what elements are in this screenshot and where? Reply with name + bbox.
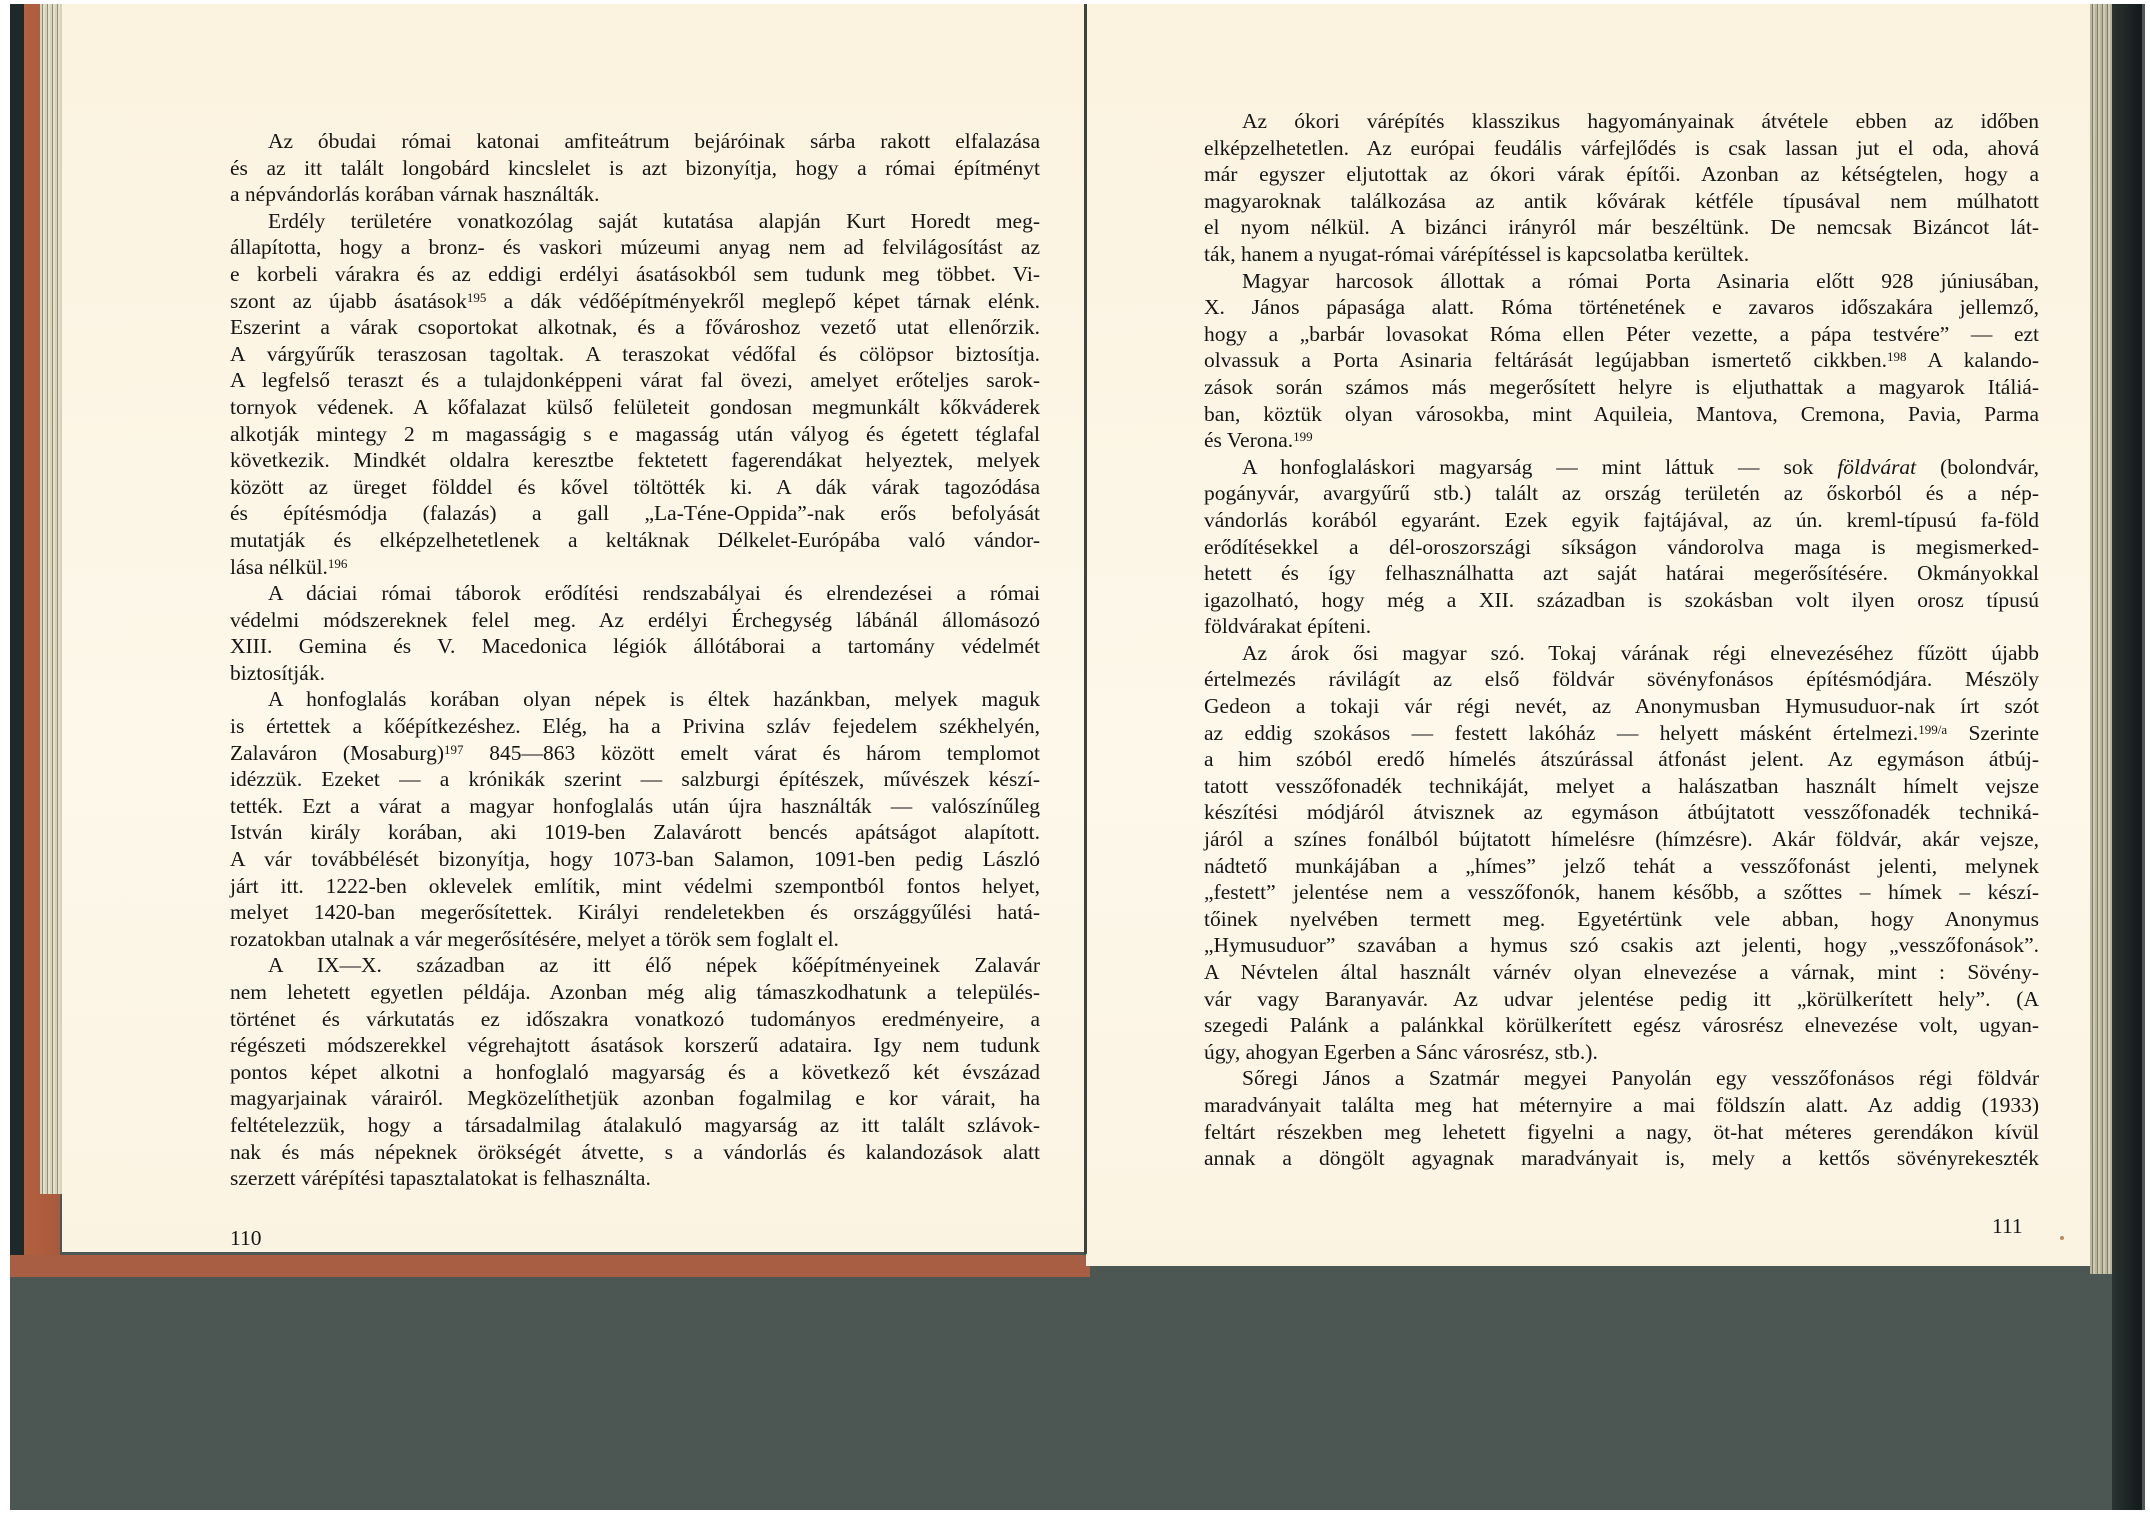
page-edges-right (2090, 4, 2112, 1274)
text-line: mutatják és elképzelhetetlenek a keltákn… (230, 527, 1040, 554)
book-cover-right (2112, 4, 2142, 1510)
text-line: rozatokban utalnak a vár megerősítésére,… (230, 926, 1040, 953)
text-line: A honfoglalás korában olyan népek is élt… (230, 686, 1040, 713)
text-line: melyet 1420-ban megerősítettek. Királyi … (230, 899, 1040, 926)
text-line: e korbeli várakra és az eddigi erdélyi á… (230, 261, 1040, 288)
text-line: elképzelhetetlen. Az európai feudális vá… (1204, 135, 2039, 162)
text-line: is értettek a kőépítkezéshez. Elég, ha a… (230, 713, 1040, 740)
text-line: „festett” jelentése nem a vesszőfonók, h… (1204, 879, 2039, 906)
right-page: Az ókori várépítés klasszikus hagyománya… (1086, 4, 2090, 1266)
text-line: erődítésekkel a dél-oroszországi síkságo… (1204, 534, 2039, 561)
text-line: magyarjainak várairól. Megközelíthetjük … (230, 1085, 1040, 1112)
text-line: a népvándorlás korában várnak használták… (230, 181, 1040, 208)
text-line: az eddig szokásos — festett lakóház — he… (1204, 720, 2039, 747)
text-line: vándorlás korából egyaránt. Ezek egyik f… (1204, 507, 2039, 534)
text-line: a him szóból eredő hímelés átszúrással á… (1204, 746, 2039, 773)
text-line: szegedi Palánk a palánkkal körülkerített… (1204, 1012, 2039, 1039)
text-line: nem lehetett egyetlen példája. Azonban m… (230, 979, 1040, 1006)
text-line: A Névtelen által használt várnév olyan e… (1204, 959, 2039, 986)
footnote-reference: 199/a (1918, 722, 1947, 737)
text-line: Eszerint a várak csoportokat alkotnak, é… (230, 314, 1040, 341)
text-line: A vár továbbélését bizonyítja, hogy 1073… (230, 846, 1040, 873)
text-line: nak és más népeknek örökségét átvette, s… (230, 1139, 1040, 1166)
text-line: már egyszer eljutottak az ókori várak ép… (1204, 161, 2039, 188)
text-line: A IX—X. században az itt élő népek kőépí… (230, 952, 1040, 979)
text-line: zások során számos más megerősített hely… (1204, 374, 2039, 401)
text-line: nádtető munkájában a „hímes” jelző tehát… (1204, 853, 2039, 880)
text-line: következik. Mindkét oldalra keresztbe fe… (230, 447, 1040, 474)
book-gutter (1084, 4, 1087, 1254)
book-cover-bottom (10, 1255, 1090, 1277)
page-edges-left (40, 4, 62, 1194)
text-line: el nyom nélkül. A bizánci irányról már b… (1204, 214, 2039, 241)
text-line: és építésmódja (falazás) a gall „La-Téne… (230, 500, 1040, 527)
page-number-right: 111 (1992, 1214, 2023, 1239)
paper-speck (2060, 1236, 2064, 1240)
right-page-body: Az ókori várépítés klasszikus hagyománya… (1204, 108, 2039, 1172)
text-line: régészeti módszerekkel végrehajtott ásat… (230, 1032, 1040, 1059)
text-line: és Verona.199 (1204, 427, 2039, 454)
text-line: tették. Ezt a várat a magyar honfoglalás… (230, 793, 1040, 820)
footnote-reference: 196 (328, 556, 348, 571)
text-line: Gedeon a tokaji vár régi nevét, az Anony… (1204, 693, 2039, 720)
footnote-reference: 198 (1887, 349, 1907, 364)
text-line: védelmi módszereknek felel meg. Az erdél… (230, 607, 1040, 634)
left-page-body: Az óbudai római katonai amfiteátrum bejá… (230, 128, 1040, 1192)
text-line: idézzük. Ezeket — a krónikák szerint — s… (230, 766, 1040, 793)
text-line: szont az újabb ásatások195 a dák védőépí… (230, 288, 1040, 315)
text-line: lása nélkül.196 (230, 554, 1040, 581)
text-line: igazolható, hogy még a XII. században is… (1204, 587, 2039, 614)
text-line: pontos képet alkotni a honfoglaló magyar… (230, 1059, 1040, 1086)
text-line: XIII. Gemina és V. Macedonica légiók áll… (230, 633, 1040, 660)
text-line: tornyok védenek. A kőfalazat külső felül… (230, 394, 1040, 421)
text-line: és az itt talált longobárd kincslelet is… (230, 155, 1040, 182)
footnote-reference: 195 (467, 290, 487, 305)
text-line: feltárt részekben meg lehetett figyelni … (1204, 1119, 2039, 1146)
text-line: szerzett várépítési tapasztalatokat is f… (230, 1165, 1040, 1192)
text-line: hetett és így felhasználhatta azt saját … (1204, 560, 2039, 587)
text-line: biztosítják. (230, 660, 1040, 687)
text-line: pogányvár, avargyűrű stb.) talált az ors… (1204, 480, 2039, 507)
text-line: ták, hanem a nyugat-római várépítéssel i… (1204, 241, 2039, 268)
page-number-left: 110 (230, 1226, 261, 1251)
text-line: A várgyűrűk teraszosan tagoltak. A teras… (230, 341, 1040, 368)
text-line: olvassuk a Porta Asinaria feltárását leg… (1204, 347, 2039, 374)
text-line: földvárakat építeni. (1204, 613, 2039, 640)
text-line: történet és várkutatás ez időszakra vona… (230, 1006, 1040, 1033)
text-line: Az árok ősi magyar szó. Tokaj várának ré… (1204, 640, 2039, 667)
text-line: A dáciai római táborok erődítési rendsza… (230, 580, 1040, 607)
left-page: Az óbudai római katonai amfiteátrum bejá… (62, 4, 1086, 1252)
text-line: annak a döngölt agyagnak maradványait is… (1204, 1145, 2039, 1172)
text-line: vár vagy Baranyavár. Az udvar jelentése … (1204, 986, 2039, 1013)
footnote-reference: 197 (444, 742, 464, 757)
text-line: Erdély területére vonatkozólag saját kut… (230, 208, 1040, 235)
text-line: A legfelső teraszt és a tulajdonképpeni … (230, 367, 1040, 394)
text-line: maradványait találta meg hat méternyire … (1204, 1092, 2039, 1119)
text-line: járt itt. 1222-ben oklevelek említik, mi… (230, 873, 1040, 900)
text-line: között az üreget földdel és kővel töltöt… (230, 474, 1040, 501)
text-line: járól a színes fonálból bújtatott hímelé… (1204, 826, 2039, 853)
text-line: magyaroknak találkozása az antik kővárak… (1204, 188, 2039, 215)
text-line: „Hymusuduor” szavában a hymus szó csakis… (1204, 932, 2039, 959)
text-line: ban, köztük olyan városokba, mint Aquile… (1204, 401, 2039, 428)
text-line: állapította, hogy a bronz- és vaskori mú… (230, 234, 1040, 261)
text-line: hogy a „barbár lovasokat Róma ellen Péte… (1204, 321, 2039, 348)
text-line: úgy, ahogyan Egerben a Sánc városrész, s… (1204, 1039, 2039, 1066)
text-line: A honfoglaláskori magyarság — mint láttu… (1204, 454, 2039, 481)
text-line: tőinek nyelvében termett meg. Egyetértün… (1204, 906, 2039, 933)
text-line: X. János pápasága alatt. Róma történetén… (1204, 294, 2039, 321)
emphasis: földvárat (1837, 455, 1916, 479)
text-line: feltételezzük, hogy a társadalmilag átal… (230, 1112, 1040, 1139)
text-line: értelmezés rávilágít az első földvár söv… (1204, 666, 2039, 693)
text-line: Sőregi János a Szatmár megyei Panyolán e… (1204, 1065, 2039, 1092)
text-line: Az ókori várépítés klasszikus hagyománya… (1204, 108, 2039, 135)
text-line: Magyar harcosok állottak a római Porta A… (1204, 268, 2039, 295)
text-line: készítési módjáról átvisznek az egymáson… (1204, 799, 2039, 826)
text-line: tatott vesszőfonadék technikáját, melyet… (1204, 773, 2039, 800)
footnote-reference: 199 (1293, 429, 1313, 444)
text-line: Zalaváron (Mosaburg)197 845—863 között e… (230, 740, 1040, 767)
text-line: Az óbudai római katonai amfiteátrum bejá… (230, 128, 1040, 155)
text-line: István király korában, aki 1019-ben Zala… (230, 819, 1040, 846)
text-line: alkotják mintegy 2 m magasságig s e maga… (230, 421, 1040, 448)
